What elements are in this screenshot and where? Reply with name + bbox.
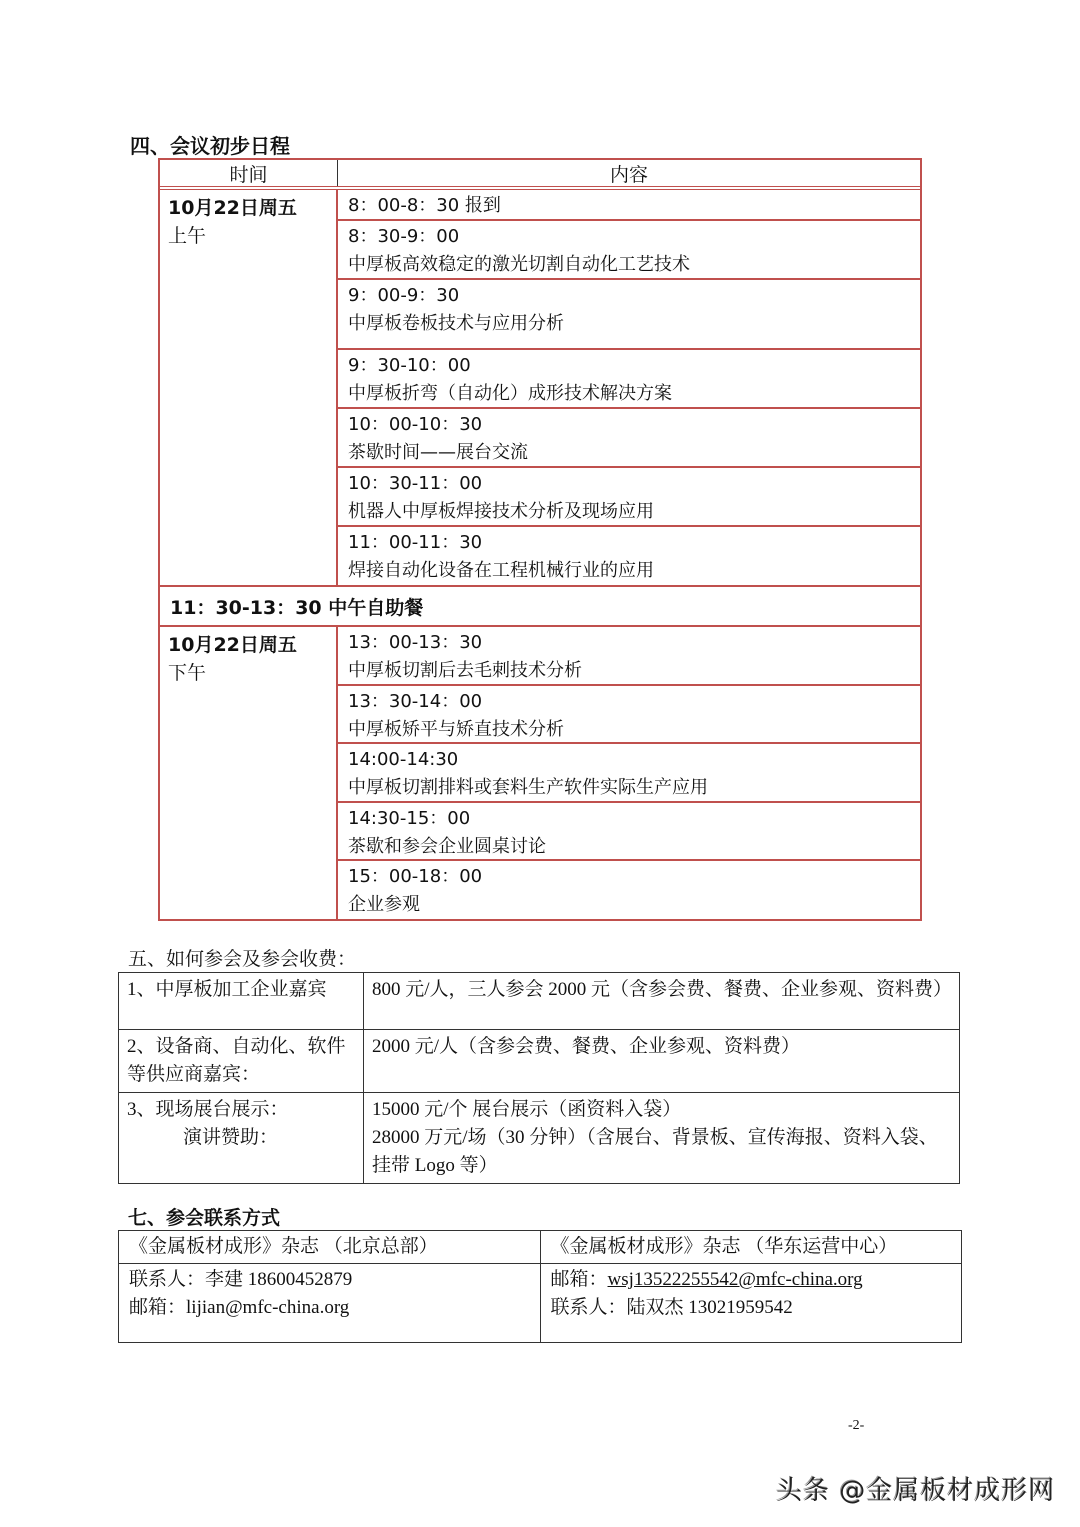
schedule-header-row: 时间 内容 <box>160 160 920 190</box>
fee-label: 3、现场展台展示： <box>127 1099 289 1120</box>
item-time: 14:00-14:30 <box>348 746 910 774</box>
contact-right-body: 邮箱：wsj13522255542@mfc-china.org 联系人：陆双杰 … <box>540 1264 962 1343</box>
item-topic: 企业参观 <box>348 891 910 919</box>
fee-row: 3、现场展台展示： 演讲赞助： 15000 元/个 展台展示（函资料入袋） 28… <box>119 1093 960 1184</box>
item-time: 10：30-11：00 <box>348 470 910 498</box>
schedule-item: 14:30-15：00 茶歇和参会企业圆桌讨论 <box>338 803 920 861</box>
item-topic: 中厚板切割后去毛刺技术分析 <box>348 657 910 685</box>
page-number: -2- <box>848 1418 864 1434</box>
contact-left-email-line: 邮箱：lijian@mfc-china.org <box>129 1294 530 1322</box>
email-label: 邮箱： <box>551 1269 608 1290</box>
schedule-item: 15：00-18：00 企业参观 <box>338 861 920 919</box>
item-topic: 焊接自动化设备在工程机械行业的应用 <box>348 557 910 585</box>
contact-header-row: 《金属板材成形》杂志 （北京总部） 《金属板材成形》杂志 （华东运营中心） <box>119 1231 962 1264</box>
schedule-item: 10：00-10：30 茶歇时间——展台交流 <box>338 409 920 468</box>
item-time: 13：30-14：00 <box>348 688 910 716</box>
header-content: 内容 <box>338 160 920 186</box>
schedule-item: 14:00-14:30 中厚板切割排料或套料生产软件实际生产应用 <box>338 744 920 803</box>
section7-title: 七、参会联系方式 <box>128 1203 280 1230</box>
header-time: 时间 <box>160 160 338 186</box>
lunch-row: 11：30-13：30 中午自助餐 <box>160 587 920 627</box>
item-topic: 中厚板卷板技术与应用分析 <box>348 310 910 338</box>
contact-body-row: 联系人：李建 18600452879 邮箱：lijian@mfc-china.o… <box>119 1264 962 1343</box>
afternoon-date-cell: 10月22日周五 下午 <box>160 627 338 919</box>
item-time: 8：30-9：00 <box>348 223 910 251</box>
email-link[interactable]: lijian@mfc-china.org <box>186 1297 349 1318</box>
afternoon-block: 10月22日周五 下午 13：00-13：30 中厚板切割后去毛刺技术分析 13… <box>160 627 920 919</box>
morning-block: 10月22日周五 上午 8：00-8：30 报到 8：30-9：00 中厚板高效… <box>160 190 920 587</box>
item-topic: 茶歇时间——展台交流 <box>348 439 910 467</box>
contact-left-header: 《金属板材成形》杂志 （北京总部） <box>119 1231 541 1264</box>
email-label: 邮箱： <box>129 1297 186 1318</box>
fee-row: 2、设备商、自动化、软件等供应商嘉宾： 2000 元/人（含参会费、餐费、企业参… <box>119 1030 960 1093</box>
item-time: 9：30-10：00 <box>348 352 910 380</box>
fee-value: 2000 元/人（含参会费、餐费、企业参观、资料费） <box>364 1030 960 1093</box>
email-link[interactable]: wsj13522255542@mfc-china.org <box>608 1269 863 1290</box>
fee-label-cell: 3、现场展台展示： 演讲赞助： <box>119 1093 364 1184</box>
afternoon-period: 下午 <box>168 659 328 687</box>
schedule-item: 9：00-9：30 中厚板卷板技术与应用分析 <box>338 280 920 350</box>
schedule-item: 8：00-8：30 报到 <box>338 190 920 221</box>
schedule-table: 时间 内容 10月22日周五 上午 8：00-8：30 报到 8：30-9：00… <box>158 158 922 921</box>
fee-label-secondary: 演讲赞助： <box>127 1124 355 1152</box>
schedule-item: 9：30-10：00 中厚板折弯（自动化）成形技术解决方案 <box>338 350 920 409</box>
fee-label: 2、设备商、自动化、软件等供应商嘉宾： <box>119 1030 364 1093</box>
contact-left-body: 联系人：李建 18600452879 邮箱：lijian@mfc-china.o… <box>119 1264 541 1343</box>
item-topic: 中厚板折弯（自动化）成形技术解决方案 <box>348 380 910 408</box>
contact-table: 《金属板材成形》杂志 （北京总部） 《金属板材成形》杂志 （华东运营中心） 联系… <box>118 1230 962 1343</box>
item-time: 13：00-13：30 <box>348 629 910 657</box>
schedule-item: 13：30-14：00 中厚板矫平与矫直技术分析 <box>338 686 920 744</box>
contact-right-person: 联系人：陆双杰 13021959542 <box>551 1294 952 1322</box>
fee-value-secondary: 28000 万元/场（30 分钟）（含展台、背景板、宣传海报、资料入袋、挂带 L… <box>372 1124 951 1180</box>
fee-value: 800 元/人，三人参会 2000 元（含参会费、餐费、企业参观、资料费） <box>364 973 960 1030</box>
contact-left-person: 联系人：李建 18600452879 <box>129 1266 530 1294</box>
schedule-item: 13：00-13：30 中厚板切割后去毛刺技术分析 <box>338 627 920 686</box>
morning-date-cell: 10月22日周五 上午 <box>160 190 338 585</box>
afternoon-date: 10月22日周五 <box>168 631 328 659</box>
fee-label: 1、中厚板加工企业嘉宾 <box>119 973 364 1030</box>
watermark: 头条 @金属板材成形网 <box>776 1470 1055 1507</box>
morning-date: 10月22日周五 <box>168 194 328 222</box>
item-topic: 中厚板高效稳定的激光切割自动化工艺技术 <box>348 251 910 279</box>
item-time: 8：00-8：30 报到 <box>348 192 910 220</box>
item-topic: 中厚板矫平与矫直技术分析 <box>348 716 910 744</box>
item-time: 9：00-9：30 <box>348 282 910 310</box>
item-time: 15：00-18：00 <box>348 863 910 891</box>
item-time: 10：00-10：30 <box>348 411 910 439</box>
schedule-item: 8：30-9：00 中厚板高效稳定的激光切割自动化工艺技术 <box>338 221 920 280</box>
fee-value: 15000 元/个 展台展示（函资料入袋） <box>372 1096 951 1124</box>
section5-title: 五、如何参会及参会收费： <box>128 944 356 971</box>
item-topic: 机器人中厚板焊接技术分析及现场应用 <box>348 498 910 526</box>
contact-right-header: 《金属板材成形》杂志 （华东运营中心） <box>540 1231 962 1264</box>
schedule-item: 10：30-11：00 机器人中厚板焊接技术分析及现场应用 <box>338 468 920 527</box>
item-time: 14:30-15：00 <box>348 805 910 833</box>
item-topic: 茶歇和参会企业圆桌讨论 <box>348 833 910 861</box>
contact-right-email-line: 邮箱：wsj13522255542@mfc-china.org <box>551 1266 952 1294</box>
fee-table: 1、中厚板加工企业嘉宾 800 元/人，三人参会 2000 元（含参会费、餐费、… <box>118 972 960 1184</box>
schedule-item: 11：00-11：30 焊接自动化设备在工程机械行业的应用 <box>338 527 920 585</box>
fee-row: 1、中厚板加工企业嘉宾 800 元/人，三人参会 2000 元（含参会费、餐费、… <box>119 973 960 1030</box>
section4-title: 四、会议初步日程 <box>130 130 290 159</box>
item-topic: 中厚板切割排料或套料生产软件实际生产应用 <box>348 774 910 802</box>
fee-value-cell: 15000 元/个 展台展示（函资料入袋） 28000 万元/场（30 分钟）（… <box>364 1093 960 1184</box>
item-time: 11：00-11：30 <box>348 529 910 557</box>
morning-period: 上午 <box>168 222 328 250</box>
